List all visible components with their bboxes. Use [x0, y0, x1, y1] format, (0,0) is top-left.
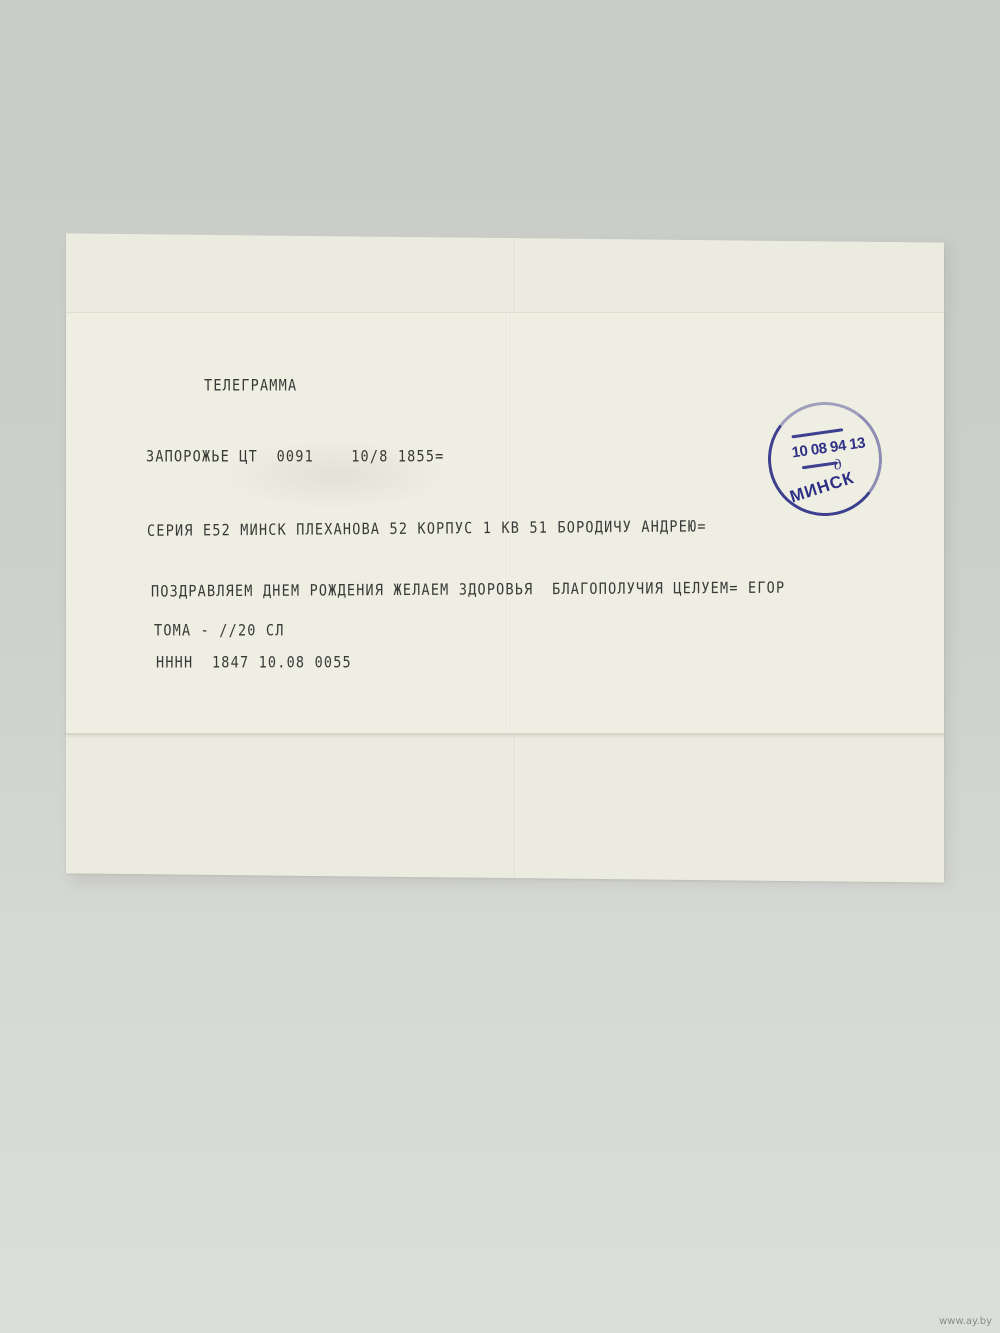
telegram-service-line: НННН 1847 10.08 0055	[156, 654, 352, 672]
telegram-message-line: ПОЗДРАВЛЯЕМ ДНЕМ РОЖДЕНИЯ ЖЕЛАЕМ ЗДОРОВЬ…	[151, 579, 785, 601]
telegram-origin-line: ЗАПОРОЖЬЕ ЦТ 0091 10/8 1855=	[146, 448, 445, 466]
postmark-bar	[791, 428, 843, 438]
telegram-title: ТЕЛЕГРАММА	[204, 377, 297, 395]
site-watermark: www.ay.by	[939, 1316, 992, 1327]
telegram-signature-line: ТОМА - //20 СЛ	[154, 622, 285, 640]
postmark-city: МИНСК	[787, 468, 856, 508]
postmark-date: 10 08 94 13	[791, 434, 866, 461]
postmark-bar	[802, 461, 838, 469]
